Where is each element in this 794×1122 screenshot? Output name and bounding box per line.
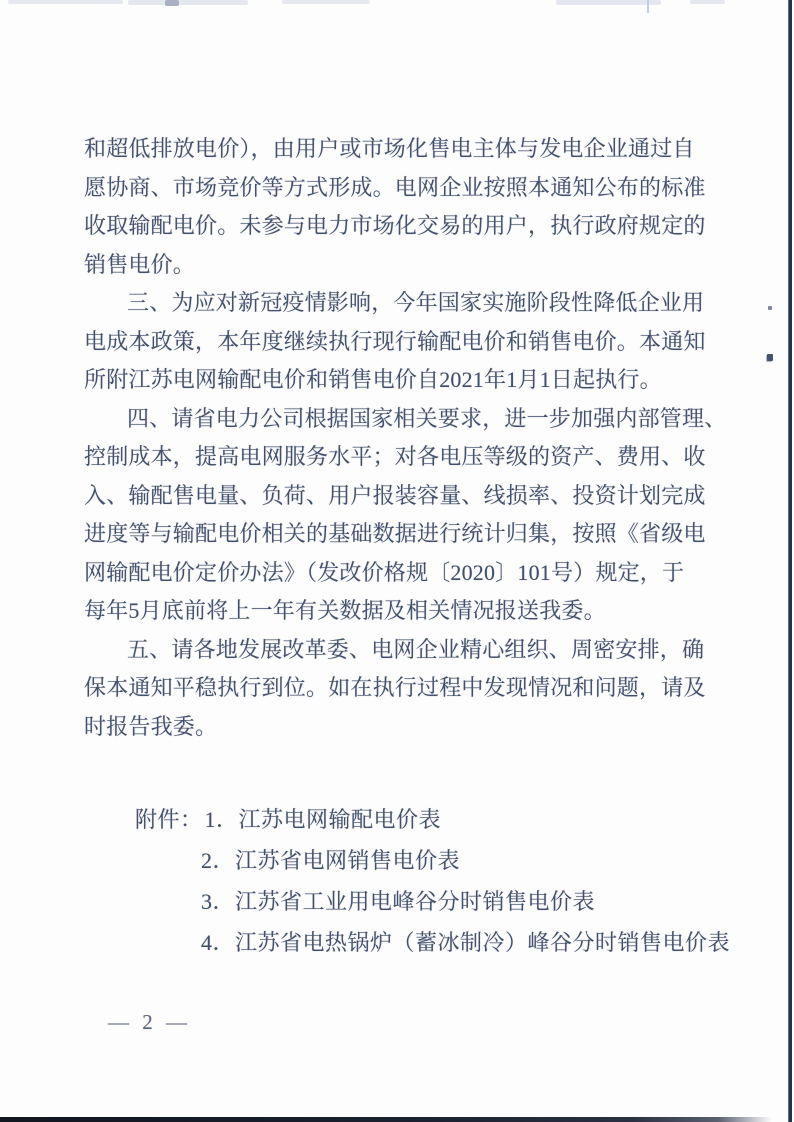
- scan-edge-bottom: [0, 1117, 772, 1122]
- body-text-line: 和超低排放电价），由用户或市场化售电主体与发电企业通过自: [84, 130, 710, 169]
- body-text-line: 进度等与输配电价相关的基础数据进行统计归集，按照《省级电: [84, 515, 710, 554]
- scan-tick-artifact: [647, 0, 649, 13]
- attachments-label: 附件：: [135, 807, 203, 832]
- attachment-item: 2．江苏省电网销售电价表: [84, 840, 724, 881]
- attachments-list: 附件：1．江苏电网输配电价表 2．江苏省电网销售电价表 3．江苏省工业用电峰谷分…: [84, 799, 724, 963]
- body-text-line: 五、请各地发展改革委、电网企业精心组织、周密安排，确: [84, 631, 710, 670]
- scan-smudge-top: [556, 0, 661, 5]
- scan-smudge-top: [690, 0, 725, 4]
- attachment-line: 附件：1．江苏电网输配电价表: [84, 799, 724, 840]
- scan-edge-right: [788, 0, 792, 1122]
- scanned-document-page: 和超低排放电价），由用户或市场化售电主体与发电企业通过自 愿协商、市场竞价等方式…: [0, 0, 794, 1122]
- body-text-line: 网输配电价定价办法》（发改价格规〔2020〕101号）规定，于: [84, 554, 710, 593]
- body-text-line: 所附江苏电网输配电价和销售电价自2021年1月1日起执行。: [84, 361, 710, 400]
- body-text-line: 控制成本，提高电网服务水平；对各电压等级的资产、费用、收: [84, 438, 710, 477]
- body-text-line: 愿协商、市场竞价等方式形成。电网企业按照本通知公布的标准: [84, 169, 710, 208]
- scan-smudge-top: [282, 0, 370, 4]
- body-text-line: 入、输配售电量、负荷、用户报装容量、线损率、投资计划完成: [84, 477, 710, 516]
- document-body: 和超低排放电价），由用户或市场化售电主体与发电企业通过自 愿协商、市场竞价等方式…: [84, 130, 710, 746]
- body-text-line: 三、为应对新冠疫情影响，今年国家实施阶段性降低企业用: [84, 284, 710, 323]
- body-text-line: 四、请省电力公司根据国家相关要求，进一步加强内部管理、: [84, 400, 710, 439]
- ink-dot-artifact: [767, 354, 773, 361]
- ink-dot-artifact: [768, 306, 772, 310]
- body-text-line: 收取输配电价。未参与电力市场化交易的用户，执行政府规定的: [84, 207, 710, 246]
- body-text-line: 每年5月底前将上一年有关数据及相关情况报送我委。: [84, 592, 710, 631]
- attachment-item: 3．江苏省工业用电峰谷分时销售电价表: [84, 881, 724, 922]
- attachment-item: 4．江苏省电热锅炉（蓄冰制冷）峰谷分时销售电价表: [84, 922, 724, 963]
- body-text-line: 销售电价。: [84, 246, 710, 285]
- scan-smudge-top: [8, 0, 123, 4]
- body-text-line: 电成本政策，本年度继续执行现行输配电价和销售电价。本通知: [84, 323, 710, 362]
- page-number: — 2 —: [108, 1010, 191, 1035]
- body-text-line: 时报告我委。: [84, 708, 710, 747]
- scan-smudge-top: [128, 0, 248, 5]
- attachment-item: 1．江苏电网输配电价表: [203, 807, 442, 832]
- scan-smudge-top: [165, 0, 179, 6]
- body-text-line: 保本通知平稳执行到位。如在执行过程中发现情况和问题，请及: [84, 669, 710, 708]
